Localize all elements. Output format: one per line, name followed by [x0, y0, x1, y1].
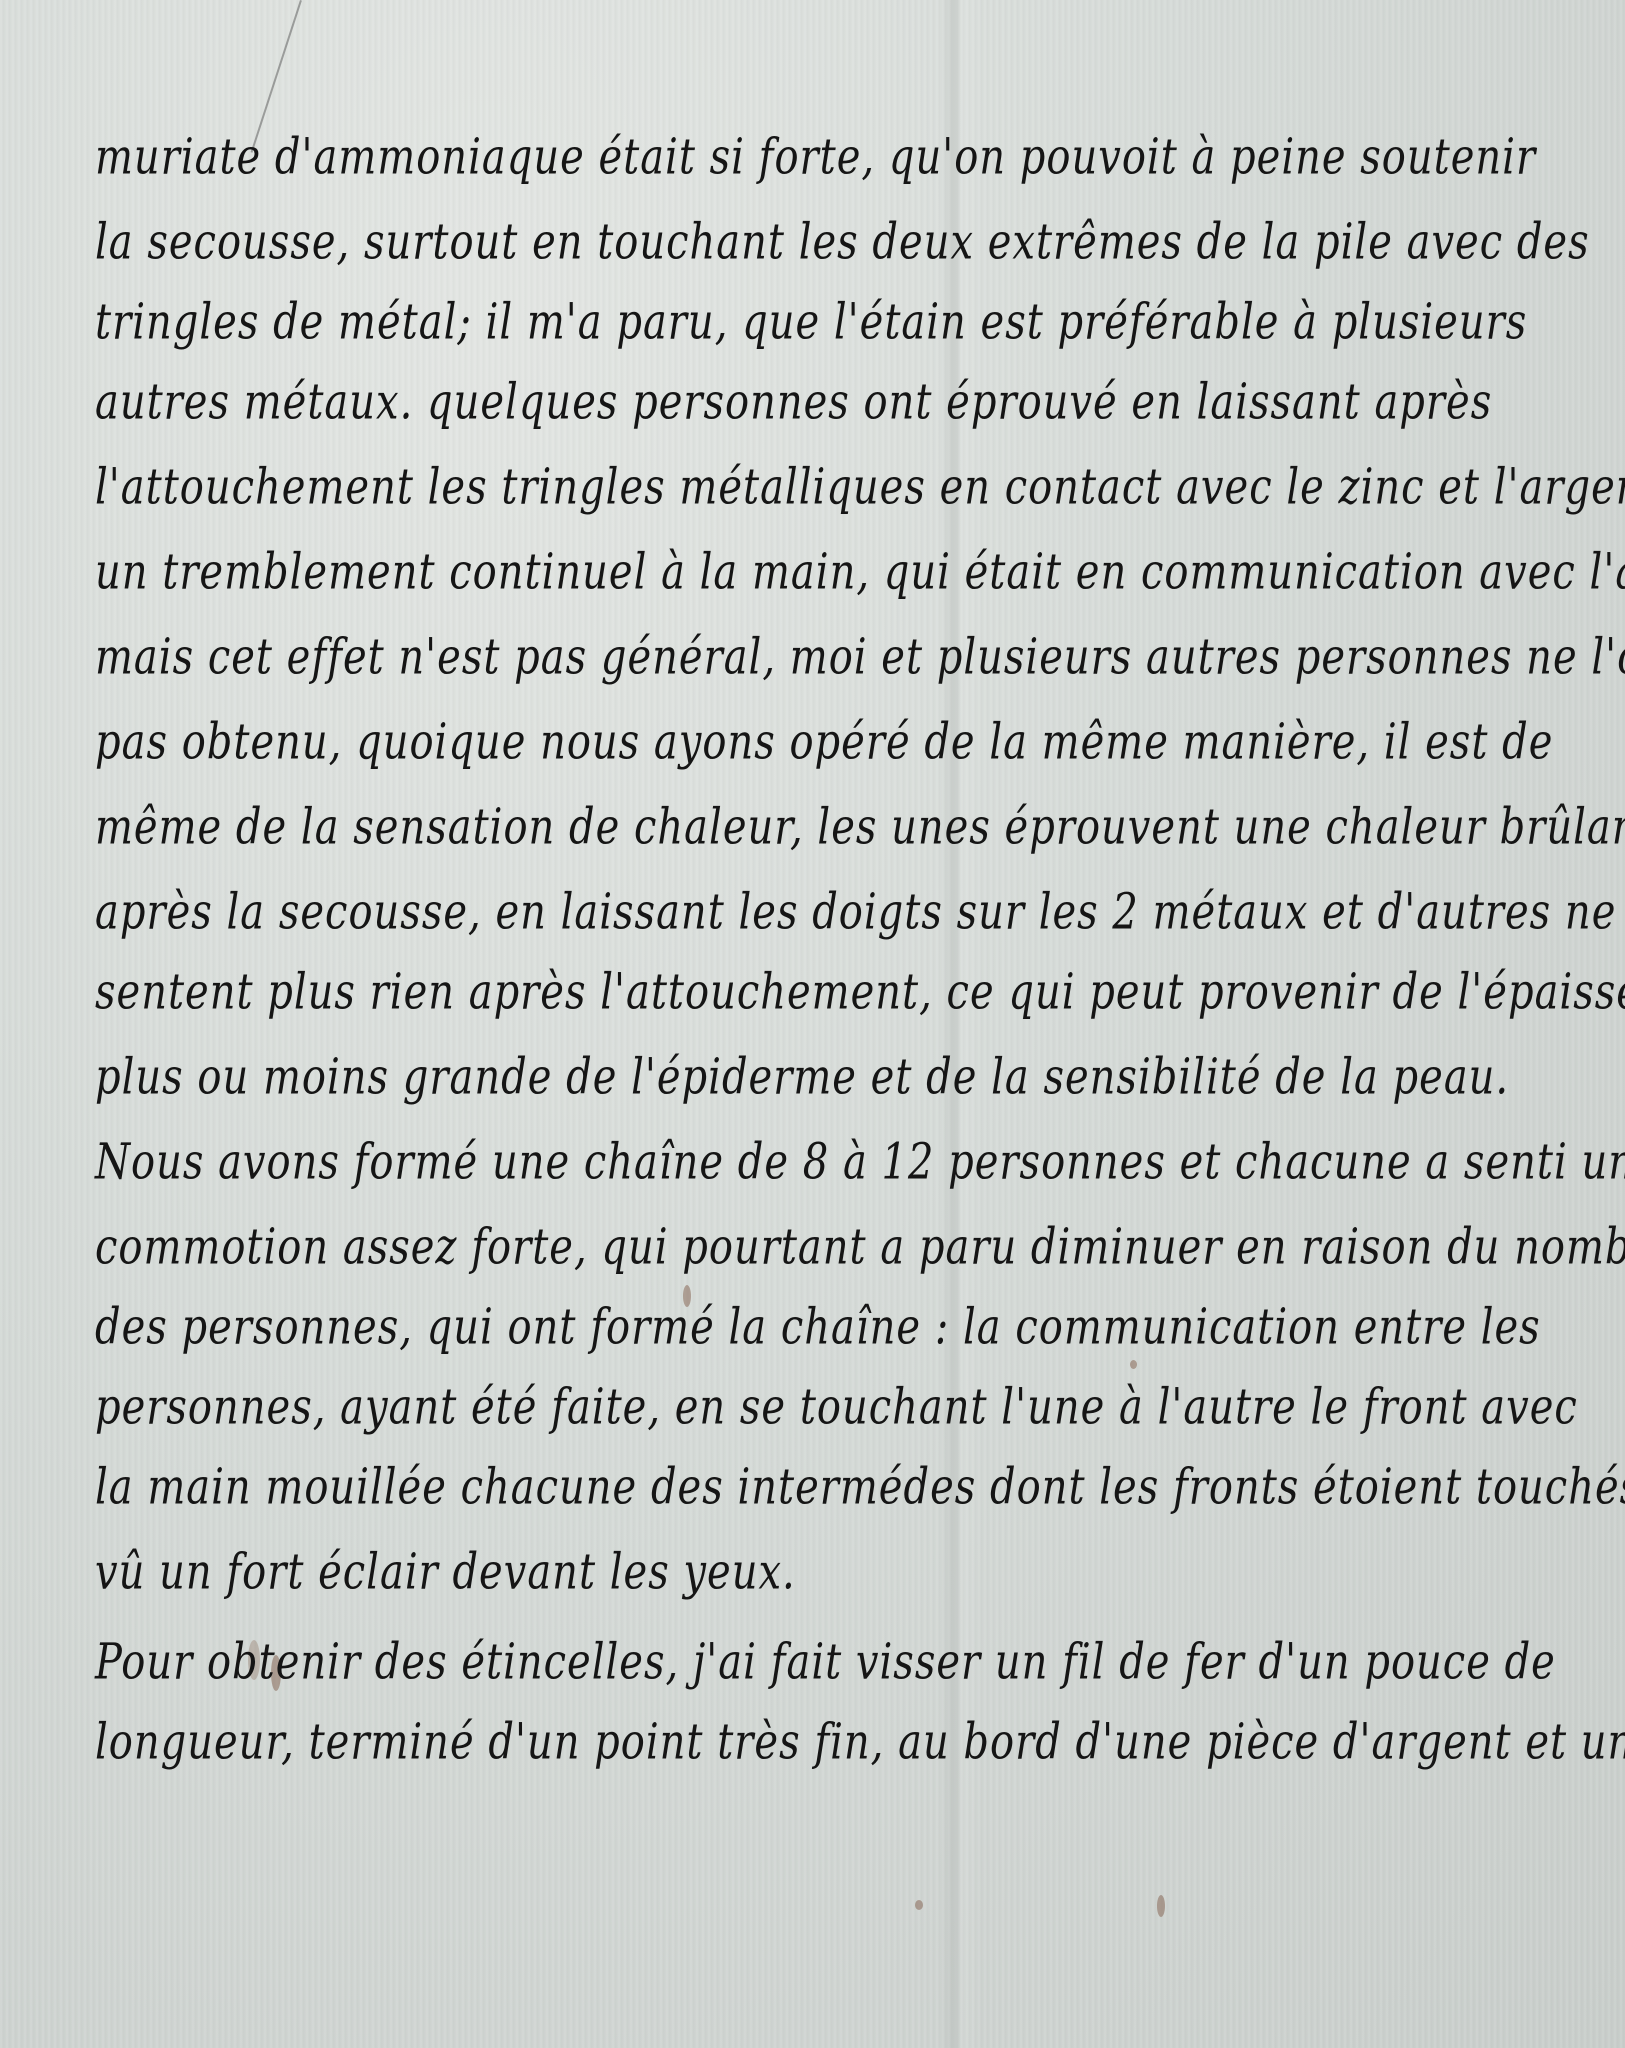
- manuscript-line: après la secousse, en laissant les doigt…: [95, 884, 1616, 942]
- manuscript-line: muriate d'ammoniaque était si forte, qu'…: [95, 129, 1536, 187]
- manuscript-line: sentent plus rien après l'attouchement, …: [95, 964, 1625, 1022]
- manuscript-line: Nous avons formé une chaîne de 8 à 12 pe…: [95, 1134, 1625, 1192]
- manuscript-line: la main mouillée chacune des intermédes …: [95, 1459, 1625, 1517]
- manuscript-line: tringles de métal; il m'a paru, que l'ét…: [95, 294, 1527, 352]
- manuscript-line: l'attouchement les tringles métalliques …: [95, 459, 1625, 517]
- ink-stain: [915, 1900, 923, 1910]
- manuscript-line: longueur, terminé d'un point très fin, a…: [95, 1714, 1625, 1772]
- manuscript-line: mais cet effet n'est pas général, moi et…: [95, 629, 1625, 687]
- manuscript-line: même de la sensation de chaleur, les une…: [95, 799, 1625, 857]
- ink-stain: [1157, 1895, 1165, 1917]
- manuscript-line: plus ou moins grande de l'épiderme et de…: [95, 1049, 1509, 1107]
- manuscript-line: vû un fort éclair devant les yeux.: [95, 1544, 796, 1602]
- manuscript-line: commotion assez forte, qui pourtant a pa…: [95, 1219, 1625, 1277]
- manuscript-line: Pour obtenir des étincelles, j'ai fait v…: [95, 1634, 1556, 1692]
- manuscript-line: un tremblement continuel à la main, qui …: [95, 544, 1625, 602]
- ink-stain: [1130, 1360, 1137, 1369]
- manuscript-line: autres métaux. quelques personnes ont ép…: [95, 374, 1492, 432]
- manuscript-page: muriate d'ammoniaque était si forte, qu'…: [0, 0, 1625, 2048]
- manuscript-line: pas obtenu, quoique nous ayons opéré de …: [95, 714, 1553, 772]
- manuscript-line: des personnes, qui ont formé la chaîne :…: [95, 1299, 1541, 1357]
- manuscript-line: personnes, ayant été faite, en se toucha…: [95, 1379, 1578, 1437]
- manuscript-line: la secousse, surtout en touchant les deu…: [95, 214, 1590, 272]
